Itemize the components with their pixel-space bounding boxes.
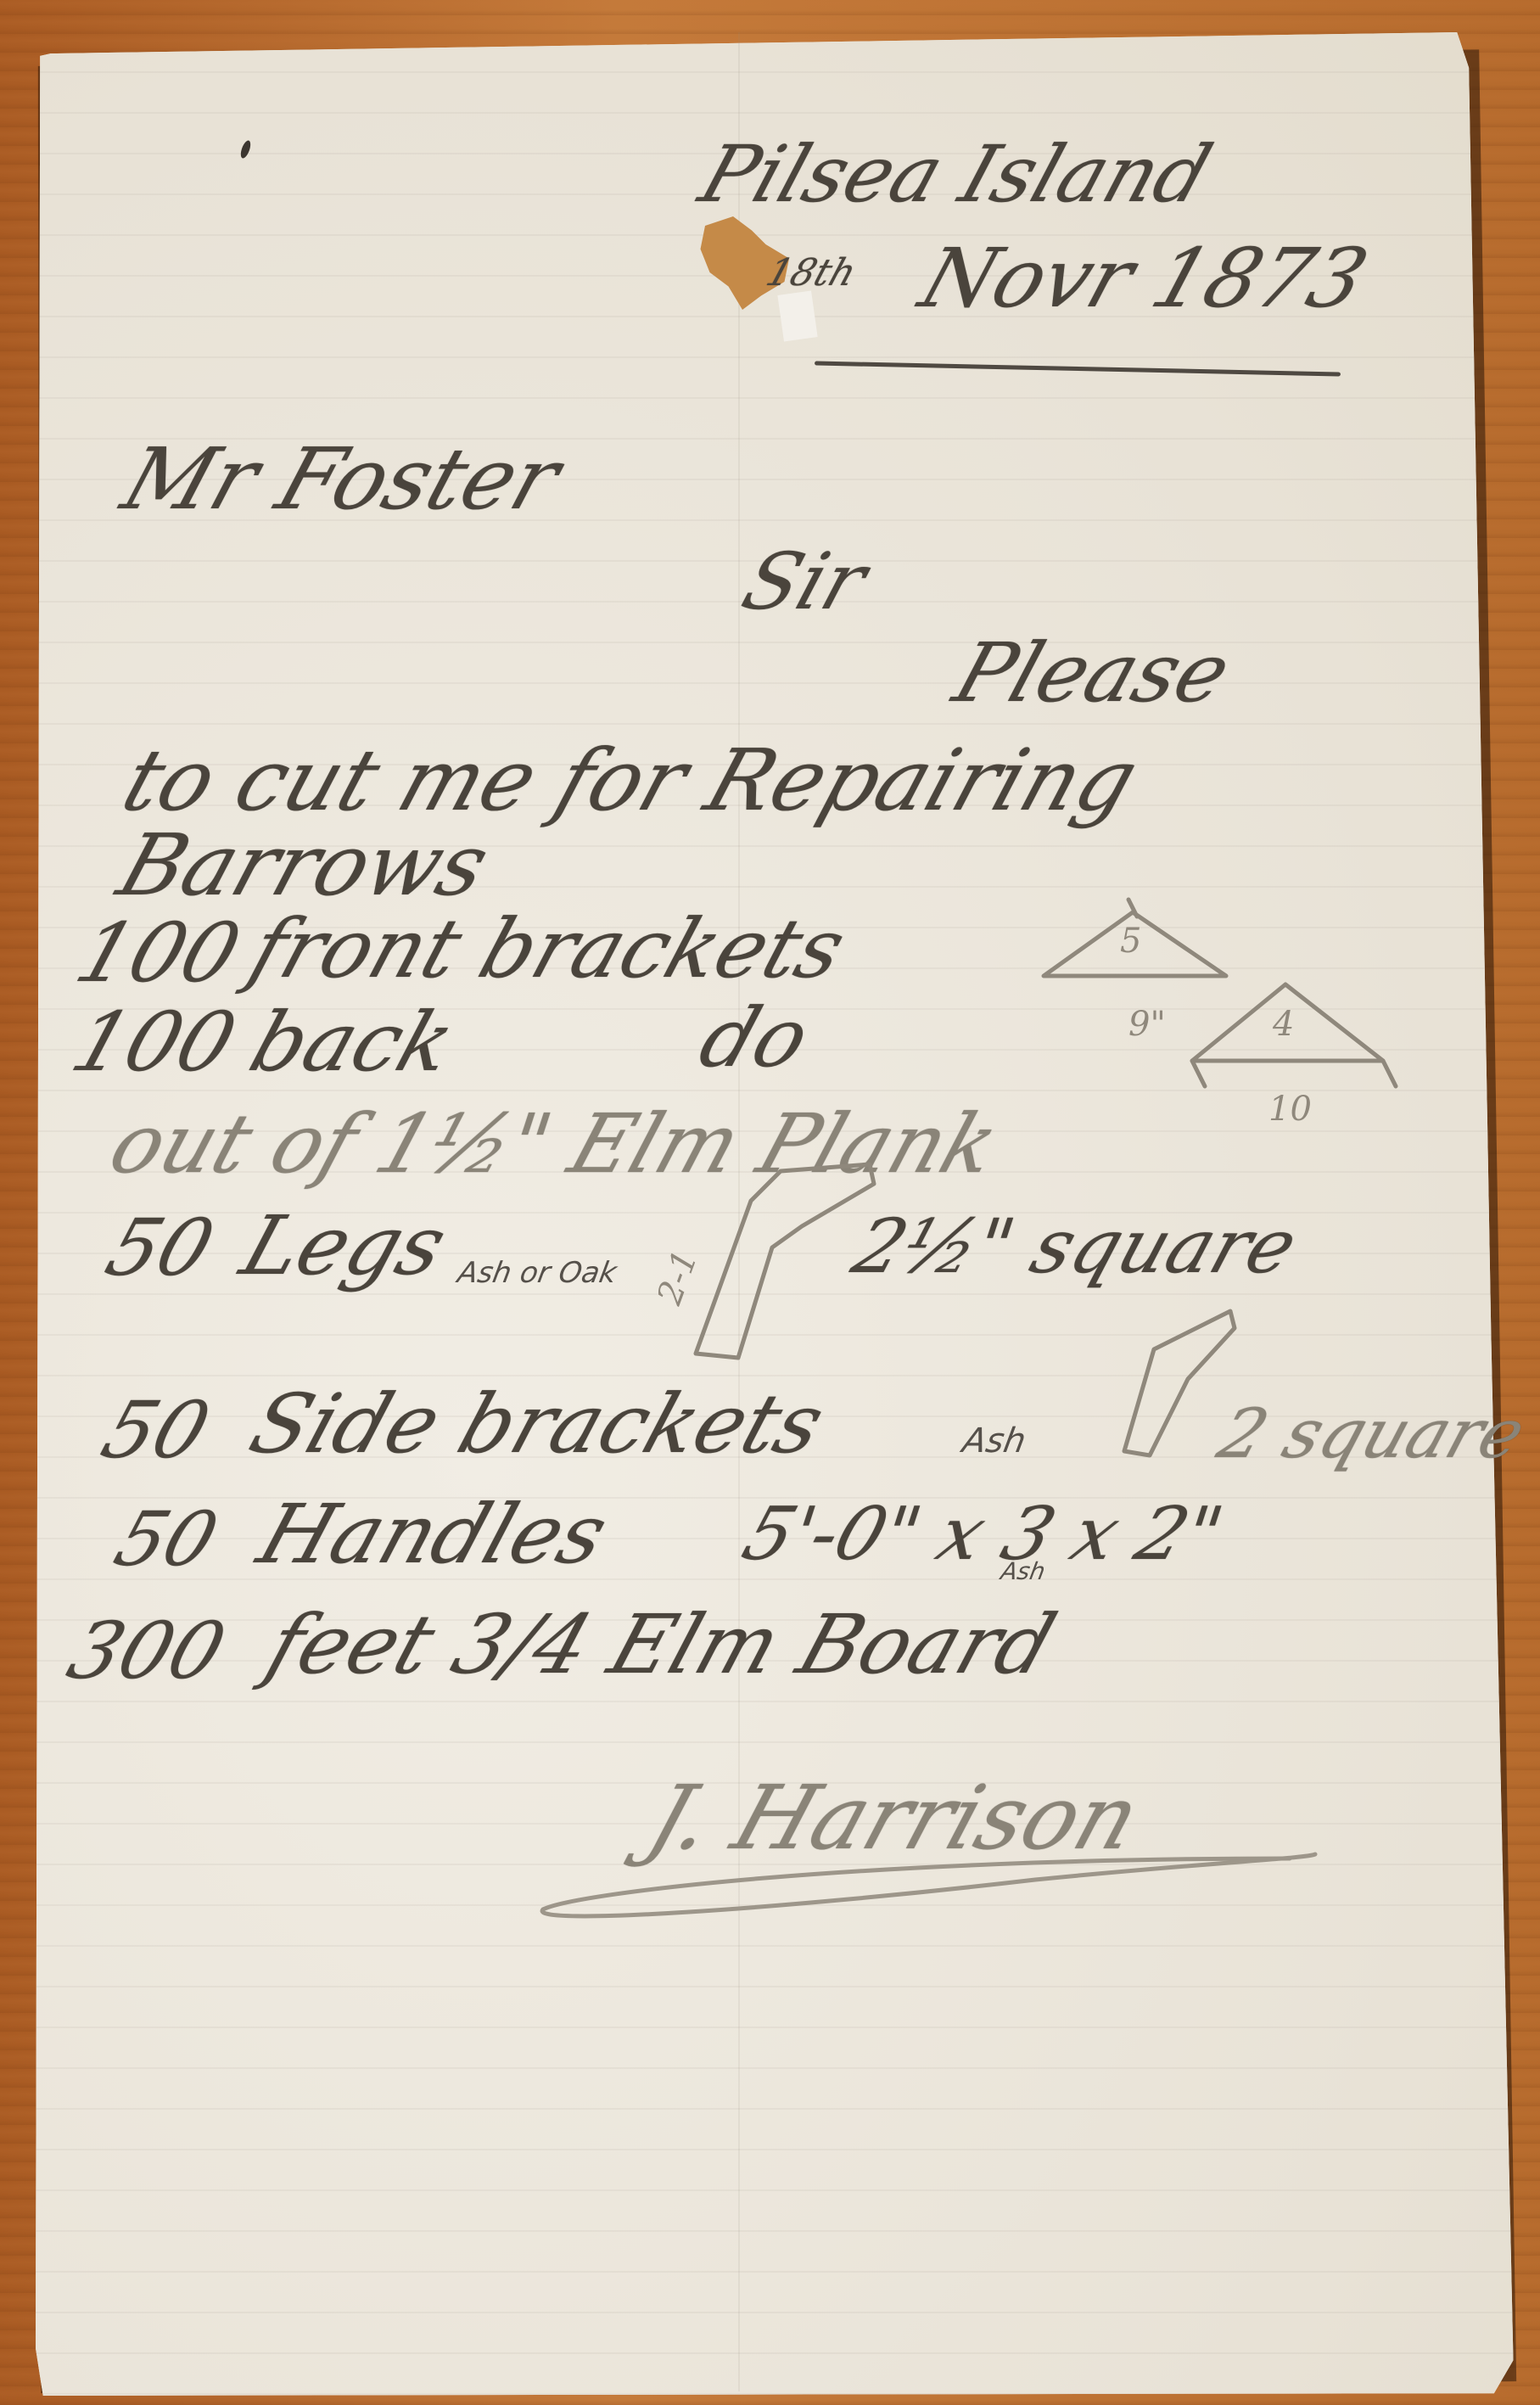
header-place: Pilsea Island xyxy=(692,136,1219,214)
item-qty: 300 xyxy=(59,1612,234,1690)
item-desc: feet 3/4 Elm Board xyxy=(258,1604,1064,1685)
item-size: 2½" square xyxy=(845,1209,1306,1284)
item-wood-note: Ash xyxy=(999,1557,1047,1585)
item-qty: 100 xyxy=(67,912,249,994)
sketch-label-base: 10 xyxy=(1268,1090,1312,1129)
sketch-label-height: 4 xyxy=(1272,1005,1294,1044)
side-bracket-sketch xyxy=(1112,1307,1239,1460)
header-day: 18th xyxy=(762,255,860,292)
item-size: 2 square xyxy=(1211,1400,1532,1468)
item-wood-note: Ash or Oak xyxy=(455,1256,619,1290)
item-desc: Legs xyxy=(232,1205,455,1287)
item-desc: back xyxy=(241,1001,463,1083)
body-line-1: to cut me for Repairing xyxy=(114,738,1147,823)
sketch-label-height: 5 xyxy=(1120,922,1141,961)
item-size: 5'-0" x 3 x 2" xyxy=(735,1498,1231,1571)
item-qty: 100 xyxy=(63,1001,244,1083)
addressee: Mr Foster xyxy=(114,437,569,522)
back-bracket-triangle-sketch: 4 10 xyxy=(1188,967,1408,1129)
sketch-label-length: 2-1 xyxy=(650,1245,706,1310)
item-desc: front brackets xyxy=(241,908,854,989)
opening-word: Please xyxy=(945,632,1240,714)
torn-flap xyxy=(777,290,817,341)
item-desc: Handles xyxy=(249,1494,616,1575)
item-wood-note: Ash xyxy=(960,1421,1029,1460)
item-desc: Side brackets xyxy=(241,1383,833,1465)
body-line-2: Barrows xyxy=(109,823,498,908)
sketch-label-base: 9" xyxy=(1128,1005,1166,1044)
header-month-year: Novr 1873 xyxy=(911,238,1376,319)
signature-flourish xyxy=(526,1842,1332,1935)
